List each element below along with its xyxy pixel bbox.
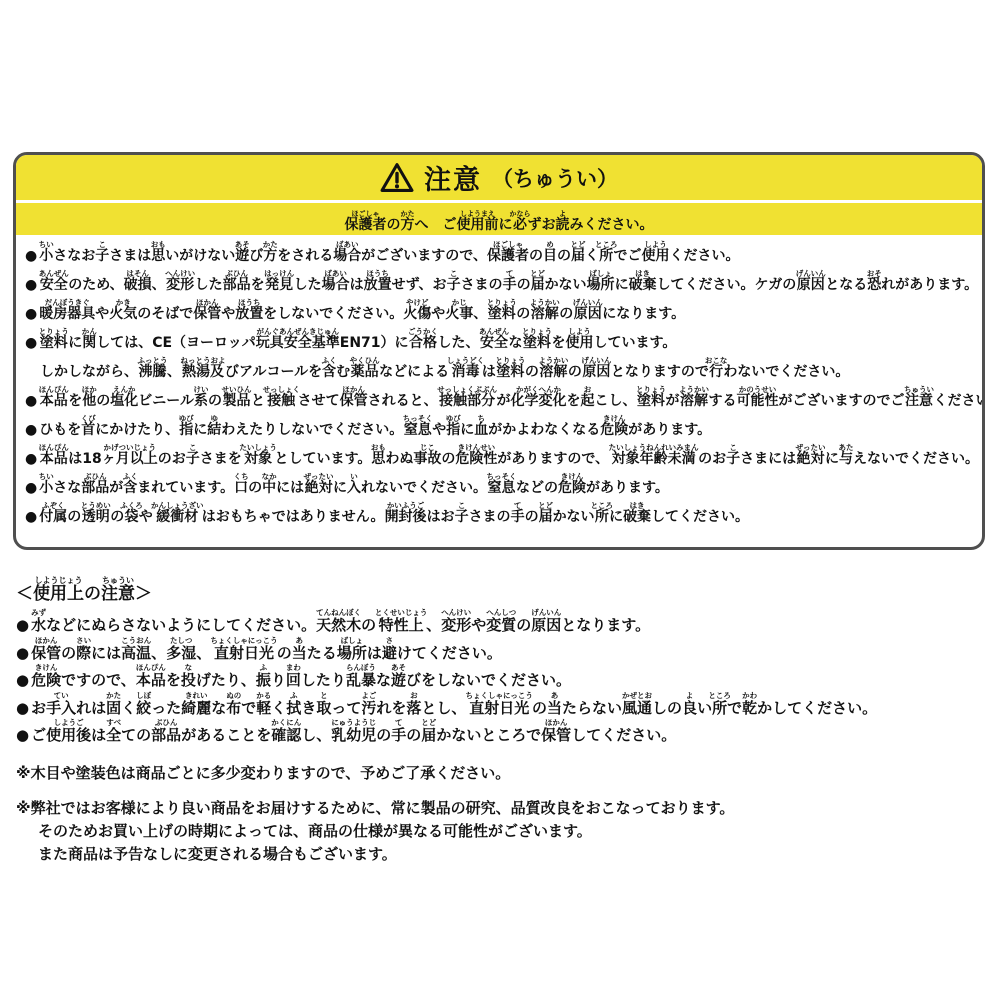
ruby-segment: 結ゆ bbox=[207, 422, 221, 438]
ruby-segment: 風通かぜとお bbox=[622, 699, 652, 717]
ruby-segment: 所ところ bbox=[712, 699, 727, 717]
notice-line: ●暖房器具だんぼうきぐや火気かきのそばで保管ほかんや放置ほうちをしないでください… bbox=[25, 298, 976, 327]
ruby-segment: 確認かくにん bbox=[271, 726, 301, 744]
ruby-segment: 場合ばあい bbox=[322, 277, 350, 293]
text-segment: ずお bbox=[528, 217, 556, 233]
ruby-segment: 本品ほんぴん bbox=[136, 671, 166, 689]
ruby-segment: 薬品やくひん bbox=[350, 364, 379, 380]
text-segment: などによる bbox=[379, 364, 449, 380]
text-segment: や bbox=[431, 306, 445, 322]
note-line: また商品は予告なしに変更される場合もございます。 bbox=[16, 843, 991, 866]
text-segment: の bbox=[557, 248, 571, 264]
text-segment: があります。 bbox=[628, 422, 711, 438]
ruby-segment: 保管ほかん bbox=[541, 726, 571, 744]
ruby-segment: 破損はそん bbox=[124, 277, 152, 293]
text-segment: したり bbox=[301, 671, 346, 689]
bullet-icon: ● bbox=[16, 644, 29, 662]
ruby-segment: 当あ bbox=[547, 699, 562, 717]
note-line: ※弊社ではお客様により良い商品をお届けするために、常に製品の研究、品質改良をおこ… bbox=[16, 797, 991, 820]
text-segment: の bbox=[248, 480, 262, 496]
ruby-segment: 安全あんぜん bbox=[39, 277, 68, 293]
text-segment: せず、お bbox=[392, 277, 447, 293]
ruby-segment: 指ゆび bbox=[446, 422, 460, 438]
text-segment: や bbox=[221, 306, 235, 322]
text-segment: に bbox=[460, 422, 474, 438]
ruby-segment: 変形へんけい bbox=[166, 277, 195, 293]
text-segment: ですので、 bbox=[61, 671, 136, 689]
text-segment: のため、 bbox=[68, 277, 123, 293]
text-segment: たる bbox=[307, 644, 337, 662]
note-line: そのためお買い上げの時期によっては、商品の仕様が異なる可能性がございます。 bbox=[16, 820, 991, 843]
text-segment: の bbox=[559, 306, 573, 322]
notes: ※木目や塗装色は商品ごとに多少変わりますので、予めご了承ください。※弊社ではお客… bbox=[16, 762, 991, 866]
text-segment: げたり、 bbox=[196, 671, 256, 689]
text-segment: ＜ bbox=[16, 584, 33, 604]
text-segment: になります。 bbox=[602, 306, 685, 322]
caution-box: 注意 （ちゅうい） 保護者ほごしゃの方かたへ ご使用前しようまえに必かならずお読… bbox=[13, 152, 985, 550]
bullet-icon: ● bbox=[25, 509, 37, 525]
ruby-segment: 合格ごうかく bbox=[409, 335, 438, 351]
ruby-segment: 破棄はき bbox=[629, 277, 657, 293]
text-segment: となりますので bbox=[611, 364, 709, 380]
ruby-segment: 振ふ bbox=[256, 671, 271, 689]
bullet-icon: ● bbox=[16, 671, 29, 689]
ruby-segment: 遊あそ bbox=[391, 671, 406, 689]
ruby-segment: 回まわ bbox=[286, 671, 301, 689]
ruby-segment: 手て bbox=[511, 509, 525, 525]
text-segment: を bbox=[567, 393, 581, 409]
ruby-segment: 本品ほんぴん bbox=[39, 451, 68, 467]
text-segment: へ ご bbox=[415, 217, 457, 233]
text-segment: しかしながら、 bbox=[40, 364, 138, 380]
text-segment: ひもを bbox=[39, 422, 81, 438]
text-segment: たらない bbox=[562, 699, 622, 717]
notice-line: ●ご使用後しようごは全すべての部品ぶひんがあることを確認かくにんし、乳幼児にゅう… bbox=[16, 718, 991, 746]
text-segment: き bbox=[301, 699, 316, 717]
ruby-segment: 方かた bbox=[263, 248, 277, 264]
text-segment: されると、 bbox=[368, 393, 438, 409]
ruby-segment: 手入てい bbox=[46, 699, 76, 717]
text-segment: した bbox=[195, 277, 223, 293]
text-segment: の bbox=[361, 616, 376, 634]
ruby-segment: 原因げんいん bbox=[582, 364, 611, 380]
ruby-segment: 沸騰ふっとう bbox=[138, 364, 167, 380]
text-segment: の bbox=[67, 509, 81, 525]
ruby-segment: 系けい bbox=[194, 393, 208, 409]
text-segment: れは bbox=[76, 699, 106, 717]
bullet-icon: ● bbox=[25, 306, 37, 322]
text-segment: の bbox=[84, 584, 101, 604]
notice-line: ●本品ほんぴんは18ヶ月以上かげついじょうのお子こさまを対象たいしょうとしていま… bbox=[25, 443, 976, 472]
ruby-segment: 直射日光ちょくしゃにっこう bbox=[211, 644, 277, 662]
notice-line: ●安全あんぜんのため、破損はそん、変形へんけいした部品ぶひんを発見はっけんした場… bbox=[25, 269, 976, 298]
text-segment: のお bbox=[158, 451, 186, 467]
ruby-segment: 使用後しようご bbox=[46, 726, 91, 744]
text-segment: わぬ bbox=[385, 451, 413, 467]
note-line: ※木目や塗装色は商品ごとに多少変わりますので、予めご了承ください。 bbox=[16, 762, 991, 785]
ruby-segment: 所ところ bbox=[595, 509, 610, 525]
text-segment: がかよわなくなる bbox=[488, 422, 600, 438]
ruby-segment: 対象年齢未満たいしょうねんれいみまん bbox=[609, 451, 698, 467]
text-segment: び bbox=[249, 248, 263, 264]
ruby-segment: 際さい bbox=[76, 644, 91, 662]
caution-title: 注意 bbox=[424, 158, 482, 197]
ruby-segment: 所ところ bbox=[599, 248, 614, 264]
ruby-segment: 保護者ほごしゃ bbox=[345, 217, 387, 233]
ruby-segment: 中なか bbox=[262, 480, 276, 496]
ruby-segment: 玩具安全基準がんぐあんぜんきじゅん bbox=[256, 335, 340, 351]
ruby-segment: 注意ちゅうい bbox=[101, 584, 135, 604]
ruby-segment: 高温こうおん bbox=[121, 644, 151, 662]
ruby-segment: 変形へんけい bbox=[441, 616, 471, 634]
ruby-segment: 製品せいひん bbox=[222, 393, 251, 409]
warning-label-page: 注意 （ちゅうい） 保護者ほごしゃの方かたへ ご使用前しようまえに必かならずお読… bbox=[0, 0, 1000, 1000]
text-segment: は18 bbox=[68, 451, 101, 467]
ruby-segment: 塗料とりょう bbox=[523, 335, 552, 351]
text-segment: く bbox=[121, 699, 136, 717]
ruby-segment: 保管ほかん bbox=[340, 393, 368, 409]
text-segment: した、 bbox=[438, 335, 480, 351]
ruby-segment: 目め bbox=[543, 248, 557, 264]
ruby-segment: 子こ bbox=[95, 248, 109, 264]
ruby-segment: 含ふく bbox=[322, 364, 336, 380]
ruby-segment: 子こ bbox=[455, 509, 469, 525]
text-segment: な bbox=[509, 335, 523, 351]
text-segment: のお bbox=[698, 451, 726, 467]
ruby-segment: 行おこな bbox=[709, 364, 724, 380]
text-segment: の bbox=[525, 364, 539, 380]
text-segment: を bbox=[68, 393, 82, 409]
text-segment: 、 bbox=[196, 644, 211, 662]
notice-line: ●保管ほかんの際さいには高温こうおん、多湿たしつ、直射日光ちょくしゃにっこうの当… bbox=[16, 636, 991, 664]
ruby-segment: 届とど bbox=[421, 726, 436, 744]
text-segment: の bbox=[532, 699, 547, 717]
text-segment: し、 bbox=[301, 726, 331, 744]
text-segment: があります。 bbox=[586, 480, 669, 496]
caution-title-kana: （ちゅうい） bbox=[492, 163, 618, 193]
ruby-segment: 溶解ようかい bbox=[539, 364, 568, 380]
usage-list: ●水みずなどにぬらさないようにしてください。天然木てんねんぼくの特性上とくせいじ… bbox=[16, 608, 991, 746]
text-segment: かしてください。 bbox=[757, 699, 877, 717]
text-segment: を bbox=[166, 671, 181, 689]
ruby-segment: 場合ばあい bbox=[333, 248, 361, 264]
text-segment: けてください。 bbox=[397, 644, 502, 662]
text-segment: かない bbox=[545, 277, 587, 293]
warning-triangle-icon bbox=[380, 162, 414, 193]
ruby-segment: 化学変化かがくへんか bbox=[511, 393, 567, 409]
ruby-segment: 子こ bbox=[726, 451, 740, 467]
bullet-icon: ● bbox=[25, 451, 37, 467]
bullet-icon: ● bbox=[25, 277, 37, 293]
text-segment: でご bbox=[613, 248, 641, 264]
ruby-segment: 全すべ bbox=[106, 726, 121, 744]
ruby-segment: 方かた bbox=[401, 217, 415, 233]
ruby-segment: 起お bbox=[581, 393, 595, 409]
text-segment: かない bbox=[553, 509, 595, 525]
bullet-icon: ● bbox=[25, 480, 37, 496]
ruby-segment: 首くび bbox=[81, 422, 95, 438]
notice-line: ●危険きけんですので、本品ほんぴんを投なげたり、振ふり回まわしたり乱暴らんぼうな… bbox=[16, 663, 991, 691]
text-segment: の bbox=[525, 509, 539, 525]
ruby-segment: 手て bbox=[503, 277, 517, 293]
ruby-segment: 届とど bbox=[571, 248, 585, 264]
caution-list: ●小ちいさなお子こさまは思おもいがけない遊あそび方かたをされる場合ばあいがござい… bbox=[16, 235, 982, 536]
ruby-segment: 関かん bbox=[82, 335, 96, 351]
text-segment: の bbox=[387, 217, 401, 233]
text-segment: しの bbox=[652, 699, 682, 717]
ruby-segment: 乾かわ bbox=[742, 699, 757, 717]
text-segment: してください。ケガの bbox=[657, 277, 797, 293]
text-segment: わないでください。 bbox=[723, 364, 849, 380]
text-segment: に bbox=[333, 480, 347, 496]
ruby-segment: 多湿たしつ bbox=[166, 644, 196, 662]
text-segment: さなお bbox=[53, 248, 95, 264]
ruby-segment: 与あた bbox=[839, 451, 853, 467]
ruby-segment: 思おも bbox=[151, 248, 165, 264]
text-segment: してください。 bbox=[571, 726, 676, 744]
text-segment: 、 bbox=[473, 306, 487, 322]
text-segment: の bbox=[568, 364, 582, 380]
text-segment: いがけない bbox=[165, 248, 235, 264]
ruby-segment: 必かなら bbox=[513, 217, 528, 233]
text-segment: をされる bbox=[277, 248, 333, 264]
ruby-segment: 指ゆび bbox=[179, 422, 193, 438]
text-segment: は bbox=[350, 277, 364, 293]
caution-header: 注意 （ちゅうい） bbox=[16, 155, 982, 203]
text-segment: がございますので、 bbox=[361, 248, 487, 264]
text-segment: な bbox=[376, 671, 391, 689]
text-segment: などの bbox=[516, 480, 558, 496]
text-segment: や bbox=[471, 616, 486, 634]
ruby-segment: 絶対ぜったい bbox=[796, 451, 825, 467]
ruby-segment: 子こ bbox=[186, 451, 200, 467]
text-segment: 、 bbox=[167, 364, 181, 380]
text-segment: さな bbox=[53, 480, 81, 496]
ruby-segment: 絞しぼ bbox=[136, 699, 151, 717]
text-segment: とし、 bbox=[421, 699, 466, 717]
text-segment: には bbox=[276, 480, 304, 496]
text-segment: の bbox=[61, 644, 76, 662]
ruby-segment: 塩化えんか bbox=[110, 393, 138, 409]
ruby-segment: 使用上しようじょう bbox=[33, 584, 84, 604]
notice-line: ●本品ほんぴんを他ほかの塩化えんかビニール系けいの製品せいひんと接触せっしょくさ… bbox=[25, 385, 976, 414]
text-segment: さまを bbox=[200, 451, 242, 467]
ruby-segment: 塗料とりょう bbox=[496, 364, 525, 380]
text-segment: の bbox=[441, 451, 455, 467]
ruby-segment: 接触せっしょく bbox=[265, 393, 298, 409]
text-segment: に bbox=[68, 335, 82, 351]
ruby-segment: 原因げんいん bbox=[573, 306, 602, 322]
text-segment: はおもちゃではありません。 bbox=[202, 509, 385, 525]
ruby-segment: 塗料とりょう bbox=[487, 306, 516, 322]
ruby-segment: 窒息ちっそく bbox=[403, 422, 432, 438]
text-segment: が bbox=[109, 480, 123, 496]
ruby-segment: 原因げんいん bbox=[796, 277, 825, 293]
text-segment: としています。 bbox=[274, 451, 371, 467]
bullet-icon: ● bbox=[16, 726, 29, 744]
bullet-icon: ● bbox=[16, 699, 29, 717]
text-segment: に bbox=[825, 451, 839, 467]
text-segment: お bbox=[31, 699, 46, 717]
text-segment: ＞ bbox=[135, 584, 152, 604]
ruby-segment: 塗料とりょう bbox=[637, 393, 666, 409]
text-segment: こし、 bbox=[595, 393, 637, 409]
text-segment: えないでください。 bbox=[853, 451, 979, 467]
text-segment: 、 bbox=[152, 277, 166, 293]
text-segment: となる bbox=[825, 277, 867, 293]
text-segment: ください。 bbox=[669, 248, 739, 264]
bullet-icon: ● bbox=[25, 248, 37, 264]
ruby-segment: 発見はっけん bbox=[265, 277, 294, 293]
text-segment: に bbox=[609, 509, 623, 525]
text-segment: の bbox=[516, 616, 531, 634]
ruby-segment: 塗料とりょう bbox=[39, 335, 68, 351]
ruby-segment: 場所ばしょ bbox=[337, 644, 367, 662]
text-segment: 、 bbox=[426, 616, 441, 634]
text-segment: さまには bbox=[740, 451, 796, 467]
text-segment: って bbox=[331, 699, 361, 717]
ruby-segment: 特性上とくせいじょう bbox=[376, 616, 426, 634]
bullet-icon: ● bbox=[25, 335, 37, 351]
ruby-segment: 原因げんいん bbox=[531, 616, 561, 634]
ruby-segment: 取と bbox=[316, 699, 331, 717]
text-segment: は bbox=[482, 364, 496, 380]
usage-section: ＜使用上しようじょうの注意ちゅうい＞ ●水みずなどにぬらさないようにしてください… bbox=[16, 576, 991, 866]
text-segment: しては、CE（ヨーロッパ bbox=[96, 335, 256, 351]
ruby-segment: 避さ bbox=[382, 644, 397, 662]
ruby-segment: 子こ bbox=[447, 277, 461, 293]
ruby-segment: 暖房器具だんぼうきぐ bbox=[39, 306, 95, 322]
text-segment: は bbox=[91, 726, 106, 744]
ruby-segment: 血ち bbox=[474, 422, 488, 438]
text-segment: さまの bbox=[469, 509, 511, 525]
text-segment: の bbox=[208, 393, 222, 409]
ruby-segment: 対象たいしょう bbox=[242, 451, 275, 467]
text-segment: には bbox=[91, 644, 121, 662]
text-segment: な bbox=[211, 699, 226, 717]
ruby-segment: 布ぬの bbox=[226, 699, 241, 717]
text-segment: り bbox=[271, 671, 286, 689]
text-segment: を bbox=[552, 335, 566, 351]
text-segment: などにぬらさないようにしてください。 bbox=[46, 616, 316, 634]
text-segment: さまの bbox=[461, 277, 503, 293]
ruby-segment: 危険きけん bbox=[558, 480, 586, 496]
ruby-segment: 付属ふぞく bbox=[39, 509, 67, 525]
ruby-segment: 放置ほうち bbox=[364, 277, 392, 293]
ruby-segment: 部品ぶひん bbox=[223, 277, 251, 293]
ruby-segment: 溶解ようかい bbox=[680, 393, 709, 409]
ruby-segment: 部品ぶひん bbox=[81, 480, 109, 496]
text-segment: れを bbox=[376, 699, 406, 717]
ruby-segment: 火気かき bbox=[109, 306, 137, 322]
ruby-segment: 天然木てんねんぼく bbox=[316, 616, 361, 634]
ruby-segment: 届とど bbox=[531, 277, 545, 293]
ruby-segment: 注意ちゅうい bbox=[905, 393, 934, 409]
ruby-segment: 含ふく bbox=[123, 480, 137, 496]
ruby-segment: 良よ bbox=[682, 699, 697, 717]
notice-line: ●付属ふぞくの透明とうめいの袋ふくろや緩衝材かんしょうざいはおもちゃではありませ… bbox=[25, 501, 976, 530]
ruby-segment: 思おも bbox=[371, 451, 385, 467]
text-segment: に bbox=[615, 277, 629, 293]
ruby-segment: 拭ふ bbox=[286, 699, 301, 717]
ruby-segment: 透明とうめい bbox=[81, 509, 110, 525]
text-segment: してください。 bbox=[651, 509, 749, 525]
ruby-segment: 軽かる bbox=[256, 699, 271, 717]
text-segment: の bbox=[277, 644, 292, 662]
ruby-segment: 安全あんぜん bbox=[480, 335, 509, 351]
ruby-segment: 袋ふくろ bbox=[124, 509, 139, 525]
ruby-segment: 水みず bbox=[31, 616, 46, 634]
ruby-segment: 消毒しょうどく bbox=[449, 364, 482, 380]
text-segment: ご bbox=[31, 726, 46, 744]
notice-line: ●お手入ていれは固かたく絞しぼった綺麗きれいな布ぬので軽かるく拭ふき取とって汚よ… bbox=[16, 691, 991, 719]
ruby-segment: 口くち bbox=[234, 480, 248, 496]
ruby-segment: 手て bbox=[391, 726, 406, 744]
ruby-segment: 熱湯及ねっとうおよ bbox=[181, 364, 225, 380]
ruby-segment: 放置ほうち bbox=[235, 306, 263, 322]
text-segment: を bbox=[251, 277, 265, 293]
text-segment: った bbox=[151, 699, 181, 717]
notice-line: ●小ちいさな部品ぶひんが含ふくまれています。口くちの中なかには絶対ぜったいに入い… bbox=[25, 472, 976, 501]
text-segment: がございますのでご bbox=[779, 393, 905, 409]
notice-line: しかしながら、沸騰ふっとう、熱湯及ねっとうおよびアルコールを含ふくむ薬品やくひん… bbox=[25, 356, 976, 385]
ruby-segment: 破棄はき bbox=[623, 509, 651, 525]
ruby-segment: 使用しよう bbox=[566, 335, 594, 351]
ruby-segment: 変質へんしつ bbox=[486, 616, 516, 634]
ruby-segment: 綺麗きれい bbox=[181, 699, 211, 717]
notice-line: ●塗料とりょうに関かんしては、CE（ヨーロッパ玩具安全基準がんぐあんぜんきじゅん… bbox=[25, 327, 976, 356]
text-segment: わえたりしないでください。 bbox=[221, 422, 403, 438]
ruby-segment: 恐おそ bbox=[867, 277, 881, 293]
text-segment: が bbox=[666, 393, 680, 409]
text-segment: ください。 bbox=[934, 393, 985, 409]
text-segment: の bbox=[96, 393, 110, 409]
ruby-segment: 投な bbox=[181, 671, 196, 689]
text-segment: をしないでください。 bbox=[263, 306, 403, 322]
text-segment: かないところで bbox=[436, 726, 541, 744]
text-segment: む bbox=[336, 364, 350, 380]
guardian-subtitle-band: 保護者ほごしゃの方かたへ ご使用前しようまえに必かならずお読よみください。 bbox=[16, 203, 982, 235]
ruby-segment: 汚よご bbox=[361, 699, 376, 717]
text-segment: の bbox=[529, 248, 543, 264]
text-segment: れがあります。 bbox=[881, 277, 978, 293]
bullet-icon: ● bbox=[25, 422, 37, 438]
ruby-segment: 入い bbox=[347, 480, 361, 496]
text-segment: まれています。 bbox=[137, 480, 234, 496]
text-segment: EN71）に bbox=[340, 335, 409, 351]
ruby-segment: 緩衝材かんしょうざい bbox=[153, 509, 202, 525]
ruby-segment: 火事かじ bbox=[445, 306, 473, 322]
text-segment: ての bbox=[121, 726, 151, 744]
ruby-segment: 保管ほかん bbox=[193, 306, 221, 322]
ruby-segment: 固かた bbox=[106, 699, 121, 717]
ruby-segment: 使用前しようまえ bbox=[457, 217, 499, 233]
text-segment: みください。 bbox=[570, 217, 654, 233]
text-segment: びをしないでください。 bbox=[406, 671, 571, 689]
ruby-segment: 絶対ぜったい bbox=[304, 480, 333, 496]
ruby-segment: 乱暴らんぼう bbox=[346, 671, 376, 689]
text-segment: の bbox=[406, 726, 421, 744]
text-segment: や bbox=[95, 306, 109, 322]
ruby-segment: 本品ほんぴん bbox=[39, 393, 68, 409]
ruby-segment: 直射日光ちょくしゃにっこう bbox=[466, 699, 532, 717]
text-segment: する bbox=[709, 393, 737, 409]
ruby-segment: 危険性きけんせい bbox=[455, 451, 497, 467]
ruby-segment: 当あ bbox=[292, 644, 307, 662]
text-segment: の bbox=[376, 726, 391, 744]
ruby-segment: 乳幼児にゅうようじ bbox=[331, 726, 376, 744]
ruby-segment: 読よ bbox=[556, 217, 570, 233]
